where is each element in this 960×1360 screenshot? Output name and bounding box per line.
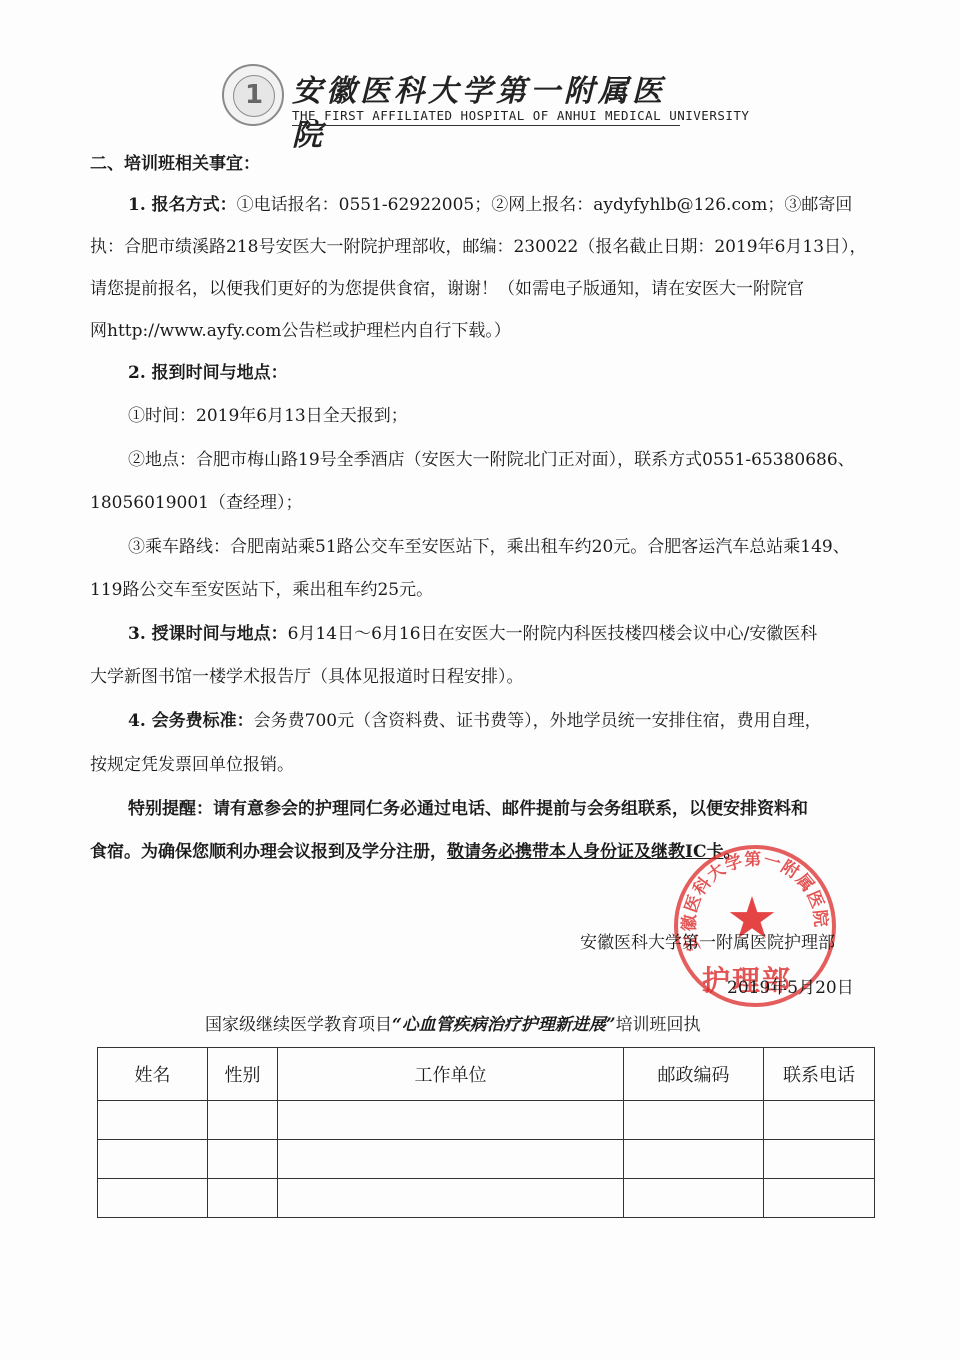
registration-line2: 执：合肥市绩溪路218号安医大一附院护理部收，邮编：230022（报名截止日期：… (90, 227, 870, 267)
reminder-line1: 特别提醒：请有意参会的护理同仁务必通过电话、邮件提前与会务组联系，以便安排资料和 (90, 789, 908, 829)
col-gender: 性别 (208, 1048, 278, 1101)
checkin-place-line2: 18056019001（查经理）； (90, 483, 870, 523)
hospital-emblem-icon: 1 (222, 64, 284, 126)
workplace-cell[interactable] (278, 1179, 624, 1218)
checkin-label: 2. 报到时间与地点： (90, 353, 908, 393)
fee-label: 4. 会务费标准： (128, 711, 254, 731)
form-title: 国家级继续医学教育项目“心血管疾病治疗护理新进展”培训班回执 (205, 1010, 701, 1035)
postcode-cell[interactable] (624, 1179, 764, 1218)
lecture-line1: 3. 授课时间与地点：6月14日～6月16日在安医大一附院内科医技楼四楼会议中心… (90, 614, 908, 654)
section-heading: 二、培训班相关事宜： (90, 144, 870, 184)
phone-cell[interactable] (764, 1140, 875, 1179)
registration-line4: 网http://www.ayfy.com公告栏或护理栏内自行下载。） (90, 311, 870, 351)
col-name: 姓名 (98, 1048, 208, 1101)
project-name: “心血管疾病治疗护理新进展” (392, 1015, 616, 1035)
workplace-cell[interactable] (278, 1140, 624, 1179)
registration-label: 1. 报名方式： (128, 195, 237, 215)
checkin-route-line2: 119路公交车至安医站下，乘出租车约25元。 (90, 570, 870, 610)
fee-line1: 4. 会务费标准：会务费700元（含资料费、证书费等），外地学员统一安排住宿，费… (90, 701, 908, 741)
table-header-row: 姓名 性别 工作单位 邮政编码 联系电话 (98, 1048, 875, 1101)
col-phone: 联系电话 (764, 1048, 875, 1101)
checkin-place-line1: ②地点：合肥市梅山路19号全季酒店（安医大一附院北门正对面），联系方式0551-… (90, 440, 908, 480)
checkin-time: ①时间：2019年6月13日全天报到； (90, 396, 908, 436)
letterhead: 1 安徽医科大学第一附属医院 THE FIRST AFFILIATED HOSP… (222, 64, 682, 134)
hospital-name-en: THE FIRST AFFILIATED HOSPITAL OF ANHUI M… (292, 108, 680, 126)
postcode-cell[interactable] (624, 1140, 764, 1179)
reply-form-table: 姓名 性别 工作单位 邮政编码 联系电话 (97, 1047, 875, 1218)
col-workplace: 工作单位 (278, 1048, 624, 1101)
fee-line2: 按规定凭发票回单位报销。 (90, 745, 870, 785)
table-row (98, 1140, 875, 1179)
signature-department: 安徽医科大学第一附属医院护理部 (580, 928, 835, 953)
col-postcode: 邮政编码 (624, 1048, 764, 1101)
workplace-cell[interactable] (278, 1101, 624, 1140)
table-row (98, 1101, 875, 1140)
lecture-label: 3. 授课时间与地点： (128, 624, 288, 644)
gender-cell[interactable] (208, 1140, 278, 1179)
table-row (98, 1179, 875, 1218)
phone-cell[interactable] (764, 1179, 875, 1218)
gender-cell[interactable] (208, 1179, 278, 1218)
checkin-route-line1: ③乘车路线：合肥南站乘51路公交车至安医站下，乘出租车约20元。合肥客运汽车总站… (90, 527, 908, 567)
name-cell[interactable] (98, 1101, 208, 1140)
postcode-cell[interactable] (624, 1101, 764, 1140)
gender-cell[interactable] (208, 1101, 278, 1140)
registration-line1: 1. 报名方式：①电话报名：0551-62922005；②网上报名：aydyfy… (90, 185, 908, 225)
name-cell[interactable] (98, 1179, 208, 1218)
registration-line3: 请您提前报名，以便我们更好的为您提供食宿，谢谢！（如需电子版通知，请在安医大一附… (90, 269, 870, 309)
phone-cell[interactable] (764, 1101, 875, 1140)
name-cell[interactable] (98, 1140, 208, 1179)
lecture-line2: 大学新图书馆一楼学术报告厅（具体见报道时日程安排）。 (90, 657, 870, 697)
signature-date: 2019年5月20日 (727, 973, 854, 998)
